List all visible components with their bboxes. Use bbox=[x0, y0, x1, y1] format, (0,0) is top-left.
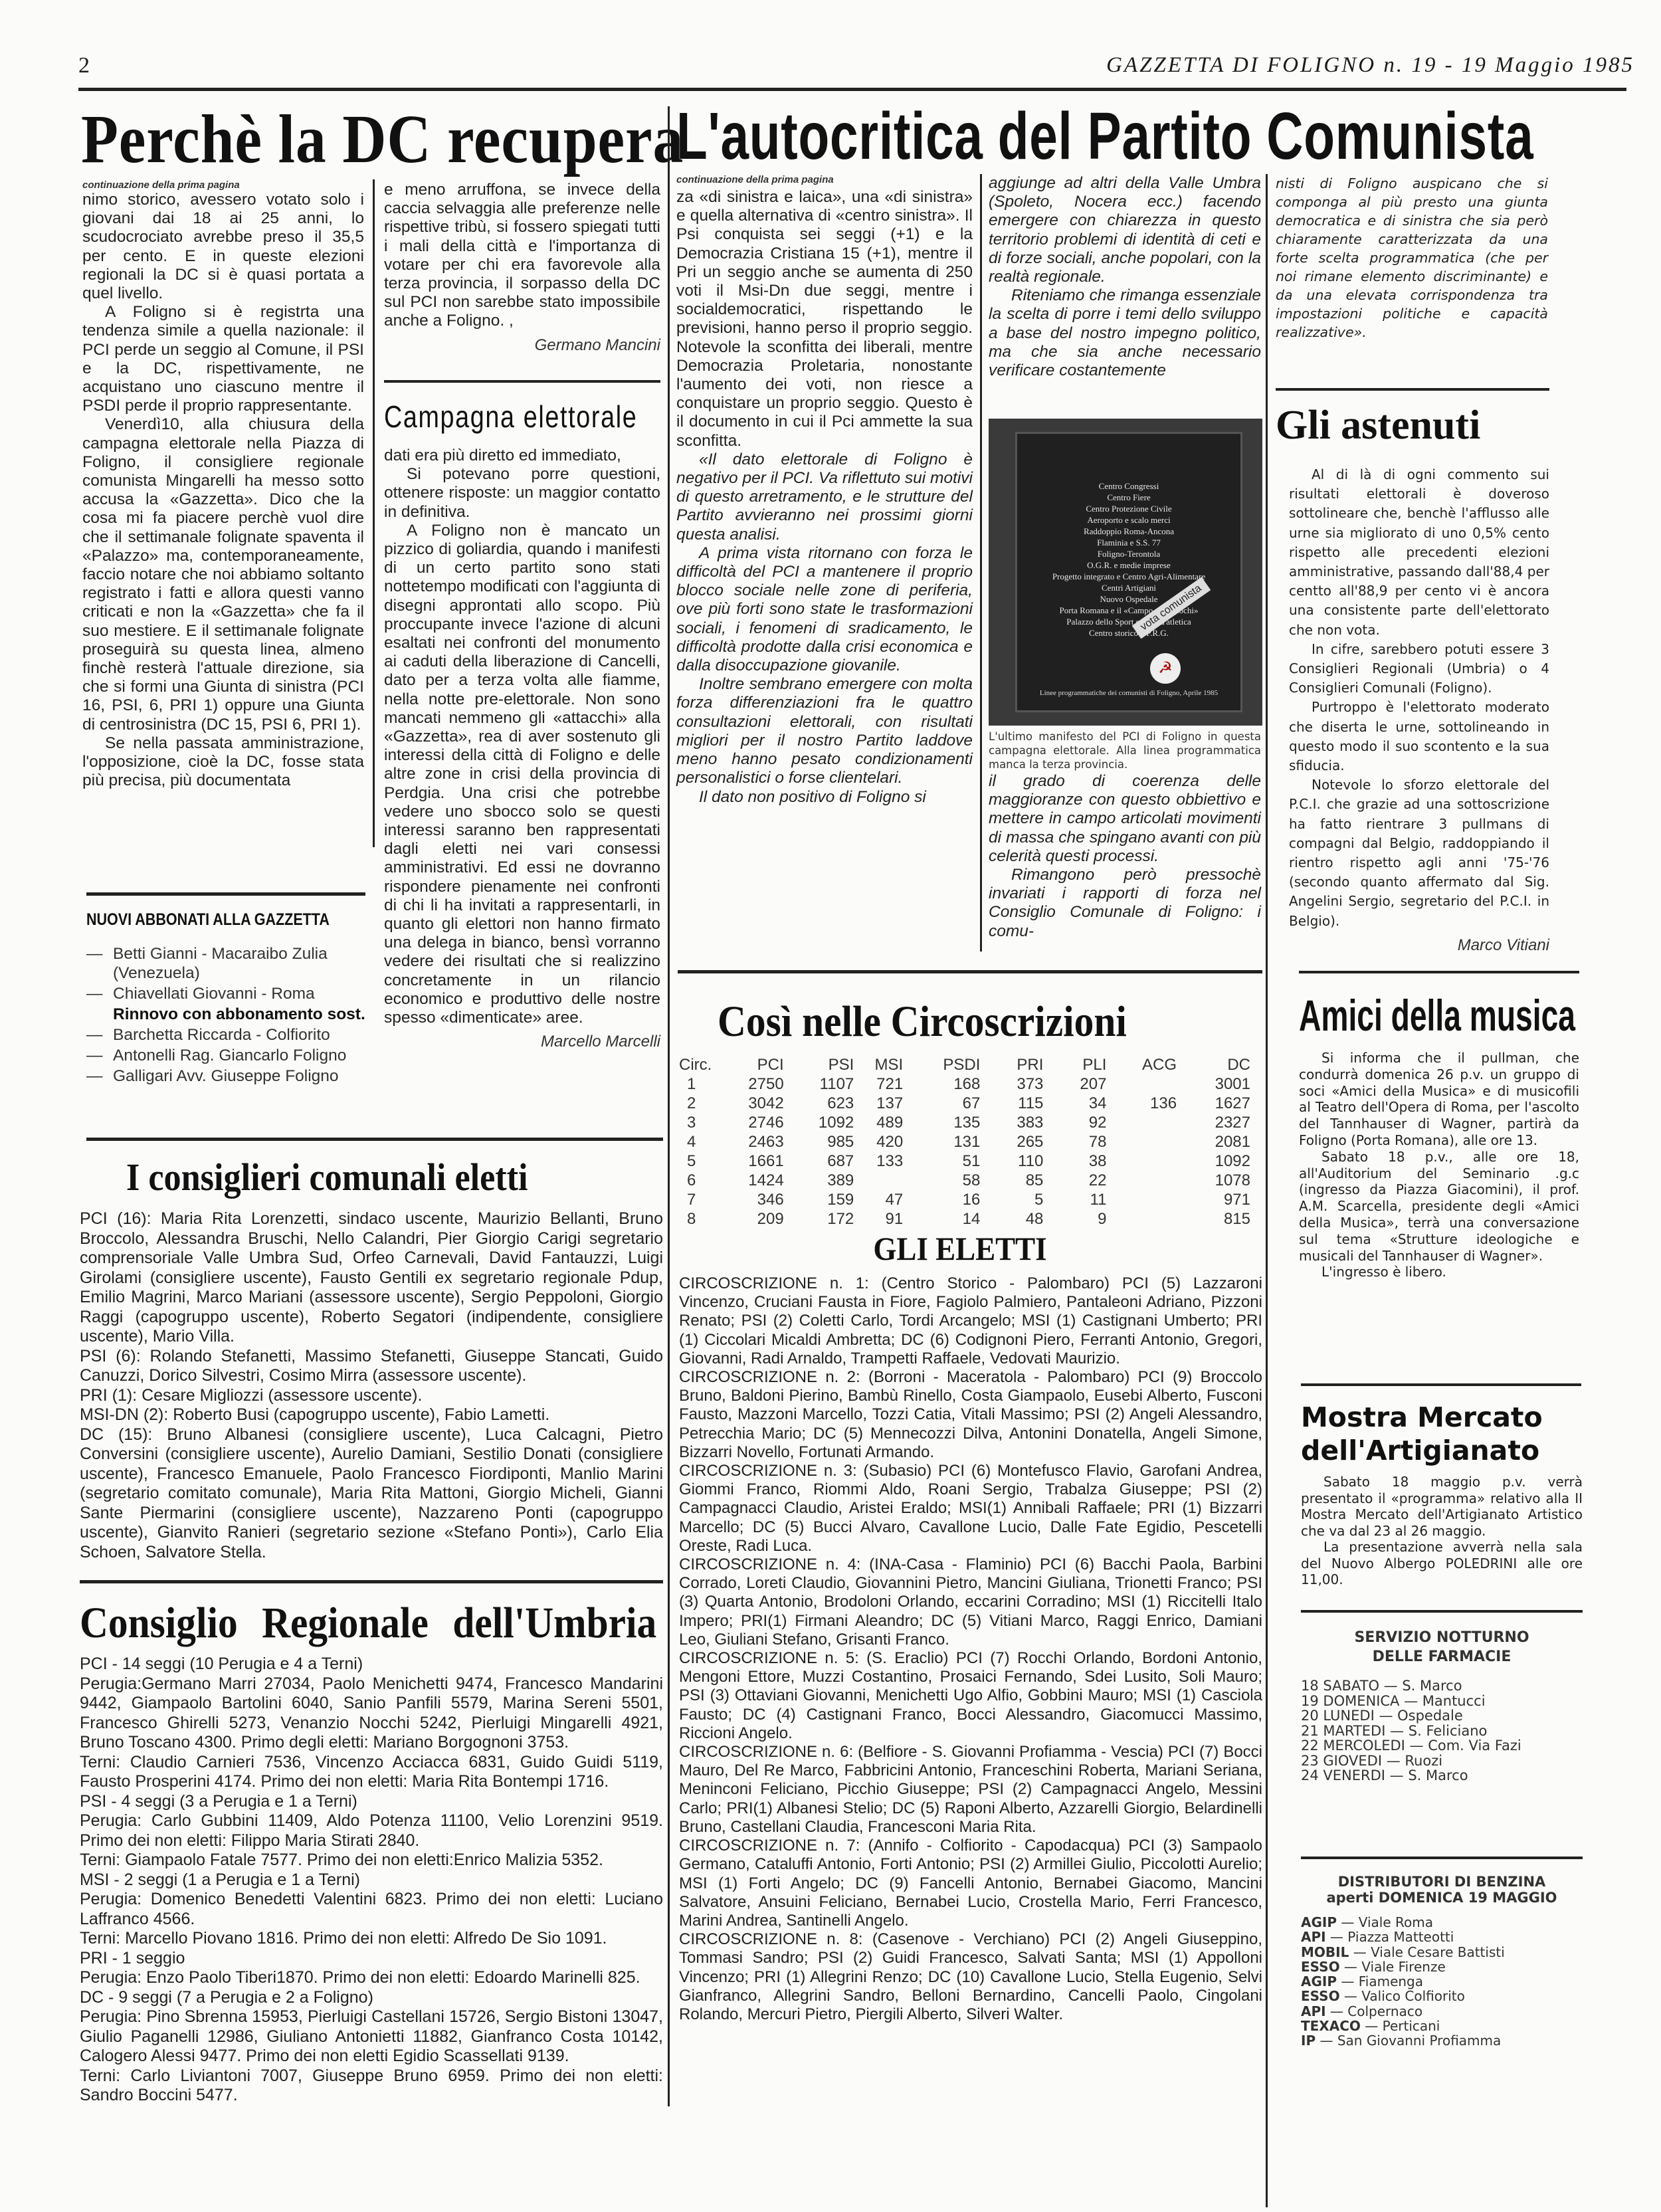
section-rule bbox=[86, 892, 365, 896]
gas-station-item: IP — San Giovanni Profiamma bbox=[1301, 2033, 1583, 2048]
table-cell: 265 bbox=[980, 1132, 1043, 1152]
paragraph: PSI - 4 seggi (3 a Perugia e 1 a Terni) bbox=[80, 1792, 663, 1812]
masthead: GAZZETTA DI FOLIGNO n. 19 - 19 Maggio 19… bbox=[1106, 53, 1634, 78]
table-cell: 383 bbox=[980, 1113, 1043, 1132]
section-rule bbox=[384, 380, 660, 383]
pharmacy-item: 24 VENERDI — S. Marco bbox=[1301, 1768, 1583, 1783]
section-rule bbox=[1301, 1610, 1583, 1613]
gas-brand: API bbox=[1301, 2003, 1326, 2019]
pharmacy-item: 21 MARTEDI — S. Feliciano bbox=[1301, 1724, 1583, 1739]
paragraph: Perugia: Domenico Benedetti Valentini 68… bbox=[80, 1890, 663, 1929]
table-row: 73461594716511971 bbox=[679, 1190, 1250, 1209]
paragraph: Inoltre sembrano emergere con molta forz… bbox=[676, 675, 973, 787]
table-cell: 971 bbox=[1177, 1190, 1250, 1209]
pci-article-col1: continuazione della prima pagina za «di … bbox=[676, 174, 973, 807]
dash: — bbox=[86, 1046, 113, 1065]
table-cell: 14 bbox=[903, 1209, 980, 1229]
gas-station-item: API — Colpernaco bbox=[1301, 2004, 1583, 2019]
table-cell: 78 bbox=[1043, 1132, 1106, 1152]
column-header: PSDI bbox=[903, 1055, 980, 1074]
poster-line: Progetto integrato e Centro Agri-Aliment… bbox=[1017, 571, 1240, 582]
table-cell: 489 bbox=[854, 1113, 903, 1132]
eletti-body: CIRCOSCRIZIONE n. 1: (Centro Storico - P… bbox=[679, 1274, 1262, 2024]
gas-location: Valico Colfiorito bbox=[1361, 1988, 1465, 2004]
table-cell: 7 bbox=[679, 1190, 714, 1209]
table-cell: 8 bbox=[679, 1209, 714, 1229]
poster-line: Palazzo dello Sport e pista d'atletica bbox=[1017, 616, 1240, 627]
table-cell: 131 bbox=[903, 1132, 980, 1152]
column-header: MSI bbox=[854, 1055, 903, 1074]
poster-line: Centro Congressi bbox=[1017, 480, 1240, 492]
table-cell: 9 bbox=[1043, 1209, 1106, 1229]
paragraph: In cifre, sarebbero potuti essere 3 Cons… bbox=[1289, 640, 1549, 698]
table-cell: 1661 bbox=[714, 1152, 784, 1171]
table-cell: 207 bbox=[1043, 1074, 1106, 1094]
paragraph: Terni: Giampaolo Fatale 7577. Primo dei … bbox=[80, 1851, 663, 1870]
table-cell: 3001 bbox=[1177, 1074, 1250, 1094]
campagna-title: Campagna elettorale bbox=[384, 399, 637, 435]
column-header: PCI bbox=[714, 1055, 784, 1074]
poster-line: Centro storico e P.R.G. bbox=[1017, 627, 1240, 639]
paragraph: MSI-DN (2): Roberto Busi (capogruppo usc… bbox=[80, 1405, 663, 1425]
table-row: 2304262313767115341361627 bbox=[679, 1094, 1250, 1113]
table-cell: 373 bbox=[980, 1074, 1043, 1094]
column-header: ACG bbox=[1106, 1055, 1177, 1074]
gas-station-item: API — Piazza Matteotti bbox=[1301, 1930, 1583, 1944]
dash: — bbox=[86, 1066, 113, 1086]
table-cell: 22 bbox=[1043, 1171, 1106, 1190]
table-cell: 389 bbox=[784, 1171, 854, 1190]
subscriber-name: Rinnovo con abbonamento sost. bbox=[113, 1005, 365, 1024]
table-cell: 721 bbox=[854, 1074, 903, 1094]
subscriber-name: Galligari Avv. Giuseppe Foligno bbox=[113, 1066, 339, 1086]
paragraph: Il dato non positivo di Foligno si bbox=[676, 788, 973, 807]
subscriber-item: —Chiavellati Giovanni - Roma bbox=[86, 984, 372, 1003]
table-cell: 1078 bbox=[1177, 1171, 1250, 1190]
pharmacy-item: 23 GIOVEDI — Ruozi bbox=[1301, 1754, 1583, 1769]
gas-station-item: TEXACO — Perticani bbox=[1301, 2019, 1583, 2033]
dash: — bbox=[86, 944, 113, 983]
pharmacy-name: Ospedale bbox=[1397, 1708, 1463, 1724]
column-header: Circ. bbox=[679, 1055, 714, 1074]
paragraph: Perugia:Germano Marri 27034, Paolo Menic… bbox=[80, 1674, 663, 1753]
table-row: 82091729114489815 bbox=[679, 1209, 1250, 1229]
table-cell: 815 bbox=[1177, 1209, 1250, 1229]
poster-line: Aeroporto e scalo merci bbox=[1017, 514, 1240, 526]
subscriber-name: Chiavellati Giovanni - Roma bbox=[113, 984, 315, 1003]
table-cell: 209 bbox=[714, 1209, 784, 1229]
table-cell: 4 bbox=[679, 1132, 714, 1152]
subscriber-name: Barchetta Riccarda - Colfiorito bbox=[113, 1025, 330, 1045]
table-cell: 687 bbox=[784, 1152, 854, 1171]
paragraph: A Foligno si è registrta una tendenza si… bbox=[82, 303, 364, 415]
table-cell bbox=[1106, 1209, 1177, 1229]
table-cell bbox=[1106, 1074, 1177, 1094]
musica-title: Amici della musica bbox=[1299, 990, 1575, 1041]
gas-station-item: AGIP — Viale Roma bbox=[1301, 1915, 1583, 1930]
paragraph: CIRCOSCRIZIONE n. 3: (Subasio) PCI (6) M… bbox=[679, 1462, 1262, 1556]
pharmacy-name: Ruozi bbox=[1405, 1753, 1442, 1769]
pci-article-title: L'autocritica del Partito Comunista bbox=[676, 98, 1533, 175]
dash bbox=[86, 1005, 113, 1024]
poster-line: Nuovo Ospedale bbox=[1017, 593, 1240, 605]
paragraph: CIRCOSCRIZIONE n. 2: (Borroni - Macerato… bbox=[679, 1368, 1262, 1462]
gas-station-item: MOBIL — Viale Cesare Battisti bbox=[1301, 1945, 1583, 1960]
table-row: 5166168713351110381092 bbox=[679, 1152, 1250, 1171]
table-cell: 47 bbox=[854, 1190, 903, 1209]
paragraph: CIRCOSCRIZIONE n. 8: (Casenove - Verchia… bbox=[679, 1930, 1262, 2024]
section-rule bbox=[86, 1138, 663, 1141]
dc-article-col2: e meno arruffona, se invece della caccia… bbox=[384, 181, 660, 355]
paragraph: PCI (16): Maria Rita Lorenzetti, sindaco… bbox=[80, 1209, 663, 1347]
gas-brand: AGIP bbox=[1301, 1973, 1337, 1989]
gas-brand: ESSO bbox=[1301, 1959, 1340, 1975]
column-header: PSI bbox=[784, 1055, 854, 1074]
poster-line: O.G.R. e medie imprese bbox=[1017, 559, 1240, 571]
table-cell: 3042 bbox=[714, 1094, 784, 1113]
pharmacy-item: 18 SABATO — S. Marco bbox=[1301, 1678, 1583, 1694]
table-cell: 34 bbox=[1043, 1094, 1106, 1113]
continuation-note: continuazione della prima pagina bbox=[676, 174, 973, 185]
gas-station-item: ESSO — Viale Firenze bbox=[1301, 1960, 1583, 1974]
table-cell: 115 bbox=[980, 1094, 1043, 1113]
pci-col3-text: nisti di Foligno auspicano che si compon… bbox=[1276, 174, 1548, 342]
paragraph: Terni: Claudio Carnieri 7536, Vincenzo A… bbox=[80, 1753, 663, 1792]
mostra-body: Sabato 18 maggio p.v. verrà presentato i… bbox=[1301, 1474, 1583, 1588]
gas-location: Fiamenga bbox=[1359, 1973, 1423, 1989]
table-cell: 92 bbox=[1043, 1113, 1106, 1132]
pci-logo-icon: ☭ bbox=[1150, 653, 1181, 684]
table-cell bbox=[1106, 1190, 1177, 1209]
circoscrizioni-table: Circ.PCIPSIMSIPSDIPRIPLIACGDC 1275011077… bbox=[679, 1055, 1250, 1229]
table-cell: 67 bbox=[903, 1094, 980, 1113]
paragraph: DC (15): Bruno Albanesi (consigliere usc… bbox=[80, 1425, 663, 1563]
section-rule bbox=[1301, 1857, 1583, 1859]
table-cell: 2081 bbox=[1177, 1132, 1250, 1152]
pharmacy-name: Com. Via Fazi bbox=[1428, 1738, 1521, 1754]
poster: Centro CongressiCentro FiereCentro Prote… bbox=[1015, 432, 1242, 712]
table-cell bbox=[1106, 1171, 1177, 1190]
table-cell: 1424 bbox=[714, 1171, 784, 1190]
circoscrizioni-table-wrap: Circ.PCIPSIMSIPSDIPRIPLIACGDC 1275011077… bbox=[679, 1055, 1250, 1229]
farmacie-box: SERVIZIO NOTTURNO DELLE FARMACIE 18 SABA… bbox=[1301, 1628, 1583, 1783]
gas-brand: AGIP bbox=[1301, 1914, 1337, 1930]
column-divider bbox=[1266, 174, 1268, 2207]
dc-article-col1: continuazione della prima pagina nimo st… bbox=[82, 179, 364, 791]
paragraph: Purtroppo è l'elettorato moderato che di… bbox=[1289, 698, 1549, 775]
gas-station-item: AGIP — Fiamenga bbox=[1301, 1974, 1583, 1989]
gas-location: Viale Firenze bbox=[1361, 1959, 1445, 1975]
table-cell: 985 bbox=[784, 1132, 854, 1152]
astenuti-title: Gli astenuti bbox=[1276, 402, 1480, 449]
table-cell: 346 bbox=[714, 1190, 784, 1209]
paragraph: A prima vista ritornano con forza le dif… bbox=[676, 544, 973, 675]
consiglieri-title: I consiglieri comunali eletti bbox=[126, 1155, 528, 1199]
paragraph: PRI - 1 seggio bbox=[80, 1949, 663, 1969]
paragraph: PRI (1): Cesare Migliozzi (assessore usc… bbox=[80, 1386, 663, 1406]
table-cell: 172 bbox=[784, 1209, 854, 1229]
table-cell: 5 bbox=[980, 1190, 1043, 1209]
consiglieri-body: PCI (16): Maria Rita Lorenzetti, sindaco… bbox=[80, 1209, 663, 1562]
poster-line: Porta Romana e il «Campo de li giochi» bbox=[1017, 605, 1240, 616]
paragraph: Perugia: Enzo Paolo Tiberi1870. Primo de… bbox=[80, 1968, 663, 1988]
table-cell: 136 bbox=[1106, 1094, 1177, 1113]
pharmacy-day: 24 VENERDI bbox=[1301, 1767, 1385, 1783]
paragraph: Terni: Marcello Piovano 1816. Primo dei … bbox=[80, 1929, 663, 1949]
paragraph: Rimangono però pressochè invariati i rap… bbox=[989, 866, 1261, 941]
table-cell: 48 bbox=[980, 1209, 1043, 1229]
column-divider bbox=[373, 179, 375, 847]
table-cell: 3 bbox=[679, 1113, 714, 1132]
continuation-note: continuazione della prima pagina bbox=[82, 179, 364, 191]
benzina-box: DISTRIBUTORI DI BENZINA aperti DOMENICA … bbox=[1301, 1874, 1583, 2049]
table-cell: 2463 bbox=[714, 1132, 784, 1152]
paragraph: CIRCOSCRIZIONE n. 5: (S. Eraclio) PCI (7… bbox=[679, 1649, 1262, 1743]
pharmacy-day: 20 LUNEDI bbox=[1301, 1708, 1375, 1724]
paragraph: La presentazione avverrà nella sala del … bbox=[1301, 1539, 1583, 1588]
gas-location: San Giovanni Profiamma bbox=[1337, 2033, 1501, 2049]
subscriber-item: —Betti Gianni - Macaraibo Zulia (Venezue… bbox=[86, 944, 372, 983]
dash: — bbox=[86, 984, 113, 1003]
paragraph: Sabato 18 p.v., alle ore 18, all'Auditor… bbox=[1299, 1149, 1579, 1264]
paragraph: aggiunge ad altri della Valle Umbra (Spo… bbox=[989, 174, 1261, 286]
column-header: DC bbox=[1177, 1055, 1250, 1074]
table-cell: 2327 bbox=[1177, 1113, 1250, 1132]
author: Marcello Marcelli bbox=[384, 1033, 660, 1051]
poster-line: Flaminia e S.S. 77 bbox=[1017, 537, 1240, 548]
table-cell: 2746 bbox=[714, 1113, 784, 1132]
paragraph: Riteniamo che rimanga essenziale la scel… bbox=[989, 286, 1261, 380]
abbonati-title: NUOVI ABBONATI ALLA GAZZETTA bbox=[86, 910, 332, 930]
pharmacy-item: 19 DOMENICA — Mantucci bbox=[1301, 1694, 1583, 1709]
column-header: PLI bbox=[1043, 1055, 1106, 1074]
table-cell: 133 bbox=[854, 1152, 903, 1171]
pci-article-col2: aggiunge ad altri della Valle Umbra (Spo… bbox=[989, 174, 1261, 380]
paragraph: CIRCOSCRIZIONE n. 4: (INA-Casa - Flamini… bbox=[679, 1556, 1262, 1649]
gas-location: Viale Cesare Battisti bbox=[1371, 1944, 1505, 1960]
page-number: 2 bbox=[78, 53, 90, 78]
table-cell bbox=[854, 1171, 903, 1190]
pharmacy-day: 23 GIOVEDI bbox=[1301, 1753, 1382, 1769]
table-cell: 1092 bbox=[784, 1113, 854, 1132]
table-cell: 5 bbox=[679, 1152, 714, 1171]
table-cell: 1627 bbox=[1177, 1094, 1250, 1113]
author: Germano Mancini bbox=[384, 336, 660, 355]
table-cell: 1107 bbox=[784, 1074, 854, 1094]
paragraph: Se nella passata amministrazione, l'oppo… bbox=[82, 734, 364, 791]
gas-brand: TEXACO bbox=[1301, 2018, 1361, 2034]
table-cell: 2 bbox=[679, 1094, 714, 1113]
paragraph: CIRCOSCRIZIONE n. 7: (Annifo - Colfiorit… bbox=[679, 1837, 1262, 1930]
table-cell: 51 bbox=[903, 1152, 980, 1171]
section-rule bbox=[80, 1580, 663, 1583]
table-cell: 11 bbox=[1043, 1190, 1106, 1209]
paragraph: il grado di coerenza delle maggioranze c… bbox=[989, 772, 1261, 866]
paragraph: Venerdì10, alla chiusura della campagna … bbox=[82, 415, 364, 734]
gas-location: Colpernaco bbox=[1347, 2003, 1422, 2019]
paragraph: za «di sinistra e laica», una «di sinist… bbox=[676, 188, 973, 451]
paragraph: A Foligno non è mancato un pizzico di go… bbox=[384, 522, 660, 1027]
table-cell bbox=[1106, 1132, 1177, 1152]
gas-brand: IP bbox=[1301, 2033, 1316, 2049]
paragraph: CIRCOSCRIZIONE n. 1: (Centro Storico - P… bbox=[679, 1274, 1262, 1368]
subscriber-item: —Antonelli Rag. Giancarlo Foligno bbox=[86, 1046, 372, 1065]
table-row: 614243895885221078 bbox=[679, 1171, 1250, 1190]
table-cell: 6 bbox=[679, 1171, 714, 1190]
table-cell: 1 bbox=[679, 1074, 714, 1094]
photo-caption: L'ultimo manifesto del PCI di Foligno in… bbox=[989, 730, 1261, 771]
section-rule bbox=[1301, 1383, 1581, 1386]
gas-location: Piazza Matteotti bbox=[1347, 1929, 1454, 1945]
paragraph: nimo storico, avessero votato solo i gio… bbox=[82, 191, 364, 303]
table-cell: 110 bbox=[980, 1152, 1043, 1171]
gas-brand: API bbox=[1301, 1929, 1326, 1945]
pharmacy-item: 22 MERCOLEDI — Com. Via Fazi bbox=[1301, 1738, 1583, 1754]
section-rule bbox=[678, 970, 1262, 973]
column-divider bbox=[668, 106, 670, 2106]
paragraph: CIRCOSCRIZIONE n. 6: (Belfiore - S. Giov… bbox=[679, 1743, 1262, 1837]
gas-location: Viale Roma bbox=[1359, 1914, 1433, 1930]
table-cell: 168 bbox=[903, 1074, 980, 1094]
table-cell: 1092 bbox=[1177, 1152, 1250, 1171]
paragraph: Si informa che il pullman, che condurrà … bbox=[1299, 1050, 1579, 1149]
pharmacy-item: 20 LUNEDI — Ospedale bbox=[1301, 1708, 1583, 1724]
poster-line: Centro Protezione Civile bbox=[1017, 503, 1240, 514]
campagna-body: dati era più diretto ed immediato,Si pot… bbox=[384, 447, 660, 1051]
mostra-title: Mostra Mercato dell'Artigianato bbox=[1301, 1401, 1583, 1467]
table-cell: 2750 bbox=[714, 1074, 784, 1094]
table-cell: 58 bbox=[903, 1171, 980, 1190]
poster-line: Raddoppio Roma-Ancona bbox=[1017, 526, 1240, 537]
table-cell: 137 bbox=[854, 1094, 903, 1113]
pci-poster-photo: Centro CongressiCentro FiereCentro Prote… bbox=[989, 419, 1262, 726]
regionale-title: Consiglio Regionale dell'Umbria bbox=[80, 1598, 656, 1649]
table-row: 327461092489135383922327 bbox=[679, 1113, 1250, 1132]
subscriber-item: —Barchetta Riccarda - Colfiorito bbox=[86, 1025, 372, 1045]
regionale-body: PCI - 14 seggi (10 Perugia e 4 a Terni)P… bbox=[80, 1655, 663, 2106]
subscriber-item: —Galligari Avv. Giuseppe Foligno bbox=[86, 1066, 372, 1086]
astenuti-body: Al di là di ogni commento sui risultati … bbox=[1289, 465, 1549, 955]
pharmacy-name: Mantucci bbox=[1422, 1693, 1486, 1709]
paragraph: e meno arruffona, se invece della caccia… bbox=[384, 181, 660, 331]
eletti-title: GLI ELETTI bbox=[811, 1229, 1110, 1268]
paragraph: Sabato 18 maggio p.v. verrà presentato i… bbox=[1301, 1474, 1583, 1539]
table-cell: 38 bbox=[1043, 1152, 1106, 1171]
table-row: 42463985420131265782081 bbox=[679, 1132, 1250, 1152]
paragraph: L'ingresso è libero. bbox=[1299, 1264, 1579, 1280]
paragraph: Perugia: Carlo Gubbini 11409, Aldo Poten… bbox=[80, 1811, 663, 1851]
column-divider bbox=[980, 174, 982, 952]
paragraph: Perugia: Pino Sbrenna 15953, Pierluigi C… bbox=[80, 2007, 663, 2066]
pharmacy-day: 21 MARTEDI bbox=[1301, 1723, 1385, 1739]
paragraph: Notevole lo sforzo elettorale del P.C.I.… bbox=[1289, 775, 1549, 931]
pharmacy-day: 22 MERCOLEDI bbox=[1301, 1738, 1405, 1754]
table-cell: 159 bbox=[784, 1190, 854, 1209]
gas-brand: MOBIL bbox=[1301, 1944, 1349, 1960]
musica-body: Si informa che il pullman, che condurrà … bbox=[1299, 1050, 1579, 1280]
poster-line: Centro Fiere bbox=[1017, 492, 1240, 503]
table-cell bbox=[1106, 1152, 1177, 1171]
gas-station-item: ESSO — Valico Colfiorito bbox=[1301, 1989, 1583, 2003]
paragraph: DC - 9 seggi (7 a Perugia e 2 a Foligno) bbox=[80, 1988, 663, 2008]
section-rule bbox=[1299, 971, 1579, 973]
table-cell: 420 bbox=[854, 1132, 903, 1152]
paragraph: Al di là di ogni commento sui risultati … bbox=[1289, 465, 1549, 640]
paragraph: «Il dato elettorale di Foligno è negativ… bbox=[676, 451, 973, 544]
subscriber-name: Betti Gianni - Macaraibo Zulia (Venezuel… bbox=[113, 944, 372, 983]
pci-article-col2-bottom: il grado di coerenza delle maggioranze c… bbox=[989, 772, 1261, 941]
paragraph: PSI (6): Rolando Stefanetti, Massimo Ste… bbox=[80, 1347, 663, 1386]
section-rule bbox=[1276, 388, 1549, 391]
table-row: 1275011077211683732073001 bbox=[679, 1074, 1250, 1094]
author: Marco Vitiani bbox=[1289, 936, 1549, 955]
gas-brand: ESSO bbox=[1301, 1988, 1340, 2004]
table-cell: 91 bbox=[854, 1209, 903, 1229]
poster-line: Foligno-Terontola bbox=[1017, 548, 1240, 559]
dash: — bbox=[86, 1025, 113, 1045]
paragraph: Terni: Carlo Liviantoni 7007, Giuseppe B… bbox=[80, 2066, 663, 2106]
paragraph: PCI - 14 seggi (10 Perugia e 4 a Terni) bbox=[80, 1655, 663, 1674]
circoscrizioni-title: Così nelle Circoscrizioni bbox=[718, 997, 1127, 1047]
paragraph: dati era più diretto ed immediato, bbox=[384, 447, 660, 465]
gas-location: Perticani bbox=[1383, 2018, 1440, 2034]
subscriber-item: Rinnovo con abbonamento sost. bbox=[86, 1005, 372, 1024]
column-header: PRI bbox=[980, 1055, 1043, 1074]
table-cell: 135 bbox=[903, 1113, 980, 1132]
pharmacy-name: S. Marco bbox=[1408, 1767, 1468, 1783]
pharmacy-day: 18 SABATO bbox=[1301, 1678, 1379, 1694]
table-cell: 623 bbox=[784, 1094, 854, 1113]
pharmacy-name: S. Marco bbox=[1402, 1678, 1462, 1694]
table-cell bbox=[1106, 1113, 1177, 1132]
header-rule bbox=[78, 88, 1626, 91]
pci-article-col3: nisti di Foligno auspicano che si compon… bbox=[1276, 174, 1548, 342]
table-cell: 16 bbox=[903, 1190, 980, 1209]
pharmacy-day: 19 DOMENICA bbox=[1301, 1693, 1399, 1709]
dc-article-title: Perchè la DC recupera bbox=[81, 100, 684, 179]
paragraph: MSI - 2 seggi (1 a Perugia e 1 a Terni) bbox=[80, 1870, 663, 1890]
abbonati-box: NUOVI ABBONATI ALLA GAZZETTA —Betti Gian… bbox=[86, 910, 372, 1087]
paragraph: Si potevano porre questioni, ottenere ri… bbox=[384, 465, 660, 522]
table-cell: 85 bbox=[980, 1171, 1043, 1190]
pharmacy-name: S. Feliciano bbox=[1409, 1723, 1488, 1739]
subscriber-name: Antonelli Rag. Giancarlo Foligno bbox=[113, 1046, 346, 1065]
